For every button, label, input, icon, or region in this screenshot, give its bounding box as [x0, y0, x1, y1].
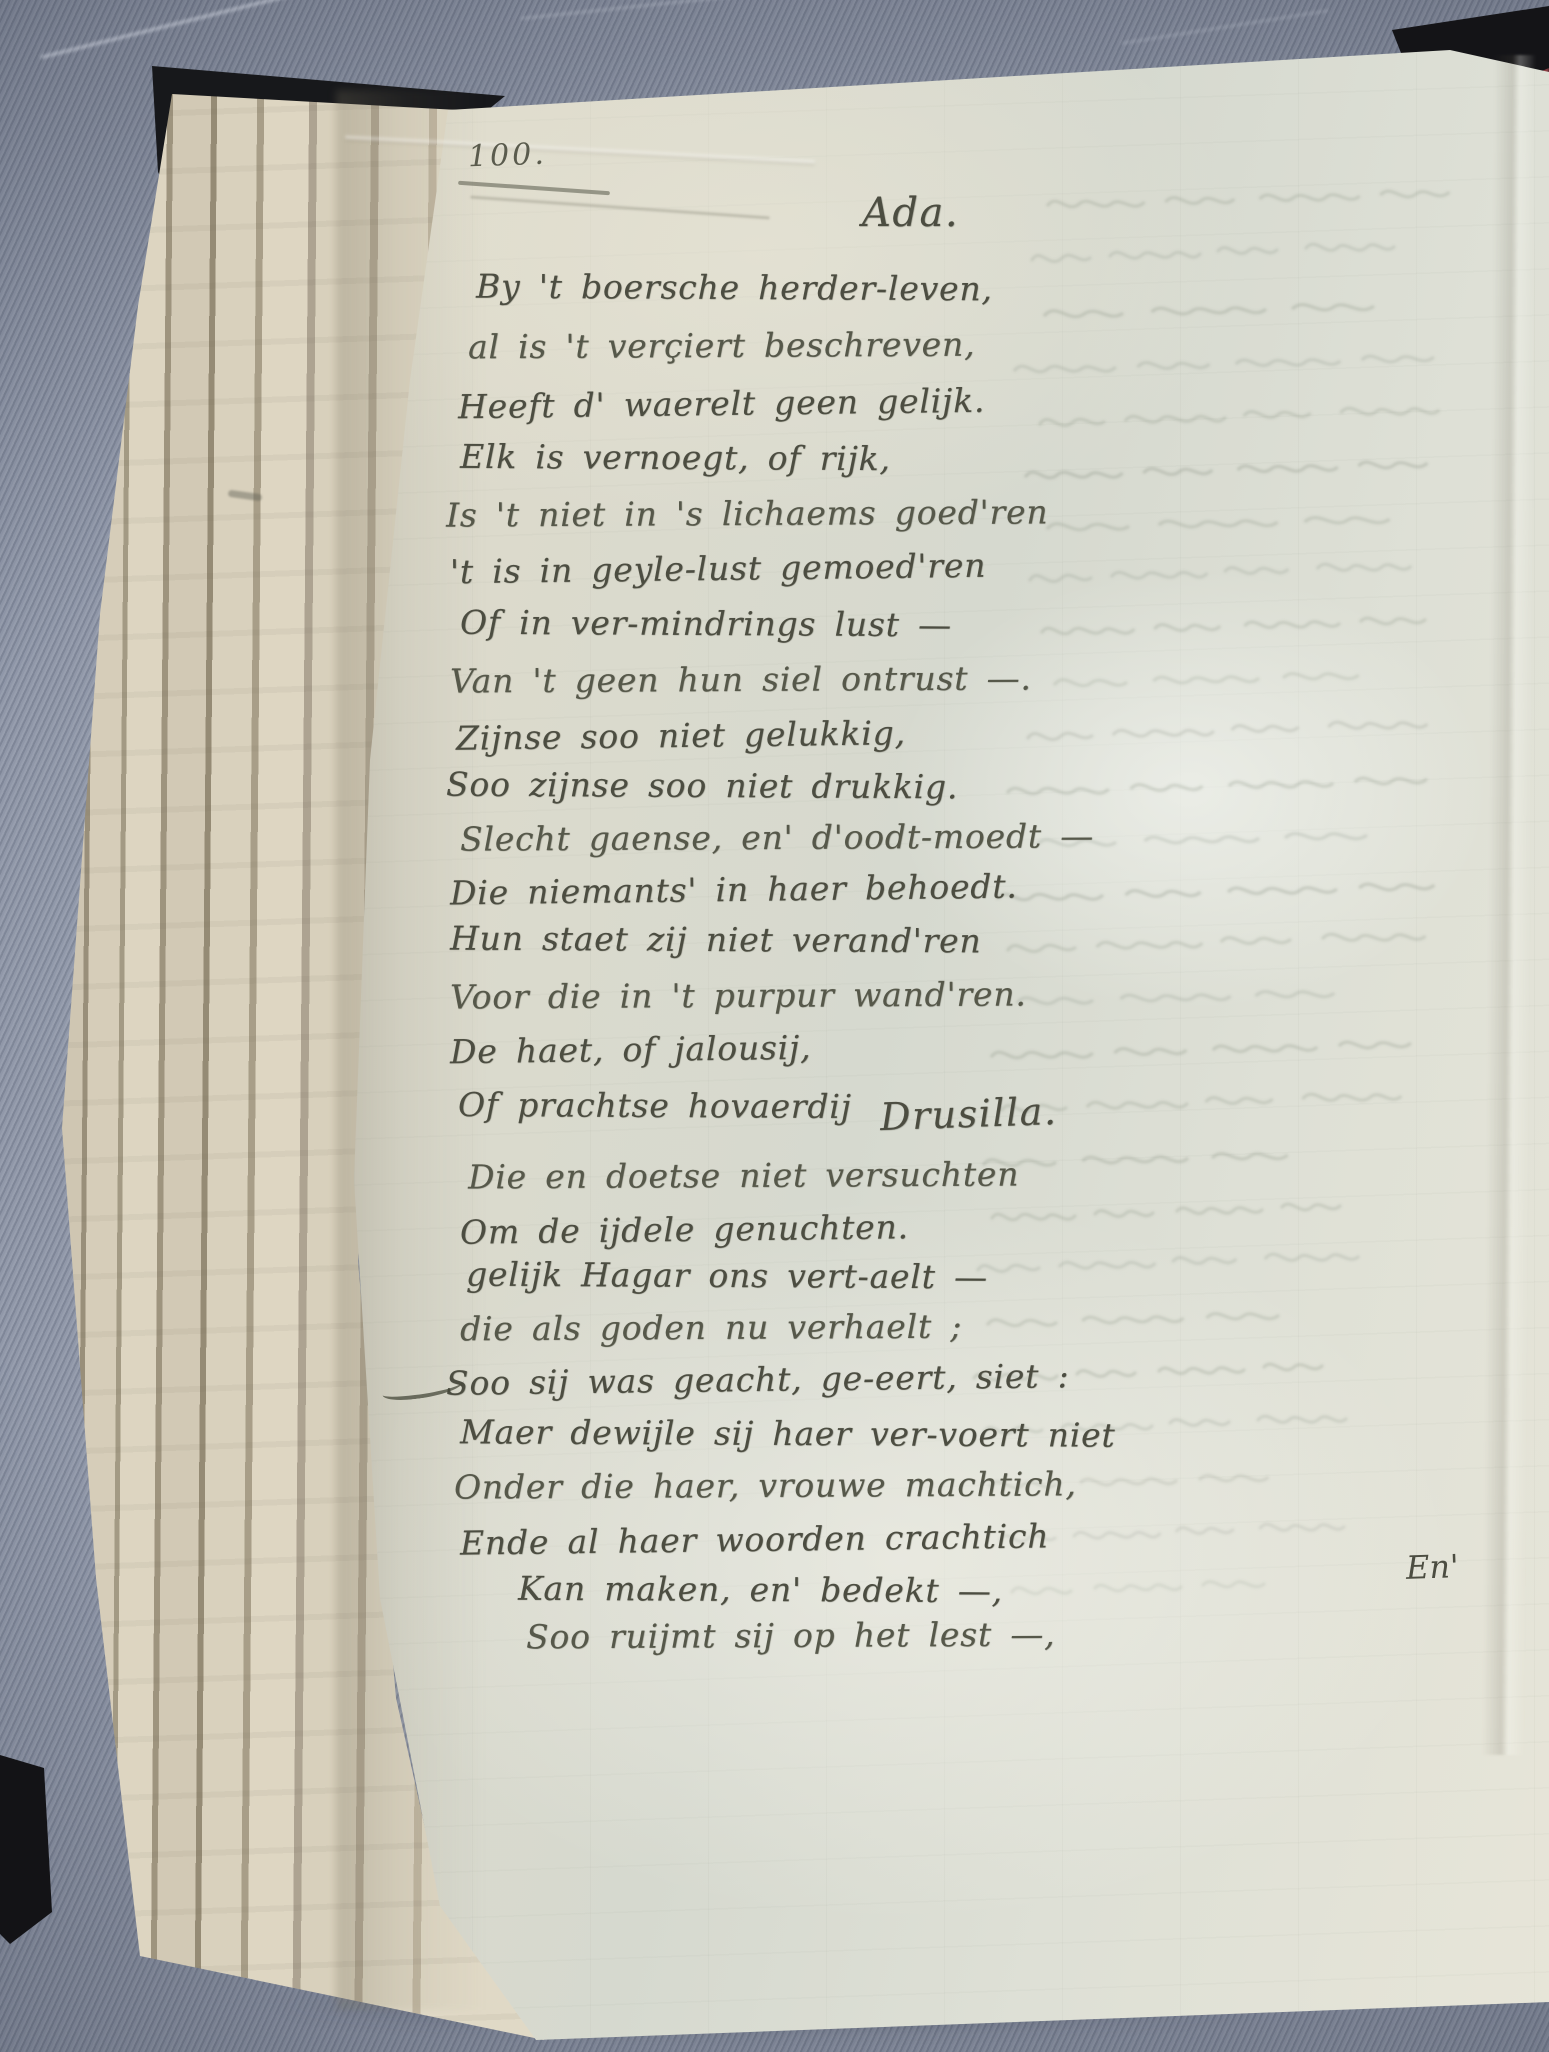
- page-number: 100.: [467, 137, 547, 175]
- poem-line: Die en doetse niet versuchten: [468, 1155, 1019, 1197]
- poem-line: Om de ijdele genuchten.: [460, 1207, 909, 1251]
- poem-line: Of in ver-mindrings lust —: [460, 603, 952, 645]
- poem-line: al is 't verçiert beschreven,: [468, 325, 976, 367]
- poem-line: Soo zijnse soo niet drukkig.: [446, 765, 958, 807]
- poem-line: die als goden nu verhaelt ;: [460, 1307, 962, 1349]
- page-number-underline: [458, 181, 610, 196]
- poem-line: Of prachtse hovaerdij: [458, 1085, 852, 1126]
- poem-line: Soo ruijmt sij op het lest —,: [526, 1615, 1056, 1657]
- poem-line: Zijnse soo niet gelukkig,: [456, 713, 906, 757]
- catchword: En': [1405, 1547, 1459, 1587]
- speaker-heading-ada: Ada.: [862, 190, 959, 236]
- poem-line: Voor die in 't purpur wand'ren.: [450, 974, 1027, 1016]
- poem-line: Slecht gaense, en' d'oodt-moedt —: [460, 816, 1094, 858]
- handwriting-layer: 100. Ada. By 't boersche herder-leven, a…: [0, 0, 1549, 2052]
- poem-line: Van 't geen hun siel ontrust —.: [450, 658, 1032, 700]
- poem-line: gelijk Hagar ons vert-aelt —: [466, 1255, 988, 1297]
- manuscript-photo: 100. Ada. By 't boersche herder-leven, a…: [0, 0, 1549, 2052]
- poem-line: Is 't niet in 's lichaems goed'ren: [446, 492, 1049, 534]
- page-number-underline: [470, 196, 769, 220]
- poem-line: 't is in geyle-lust gemoed'ren: [450, 546, 987, 592]
- poem-line: Ende al haer woorden crachtich: [460, 1516, 1050, 1562]
- speaker-heading-drusilla: Drusilla.: [879, 1089, 1058, 1139]
- poem-line: Elk is vernoegt, of rijk,: [460, 437, 891, 478]
- poem-line: By 't boersche herder-leven,: [476, 267, 993, 309]
- poem-line: Maer dewijle sij haer ver-voert niet: [460, 1412, 1116, 1454]
- poem-line: Onder die haer, vrouwe machtich,: [454, 1464, 1077, 1506]
- poem-line: Heeft d' waerelt geen gelijk.: [458, 381, 986, 426]
- poem-line: Hun staet zij niet verand'ren: [450, 919, 982, 961]
- poem-line: De haet, of jalousij,: [450, 1028, 812, 1071]
- poem-line: Soo sij was geacht, ge-eert, siet :: [446, 1356, 1070, 1403]
- poem-line: Kan maken, en' bedekt —,: [518, 1569, 1003, 1611]
- poem-line: Die niemants' in haer behoedt.: [450, 867, 1018, 913]
